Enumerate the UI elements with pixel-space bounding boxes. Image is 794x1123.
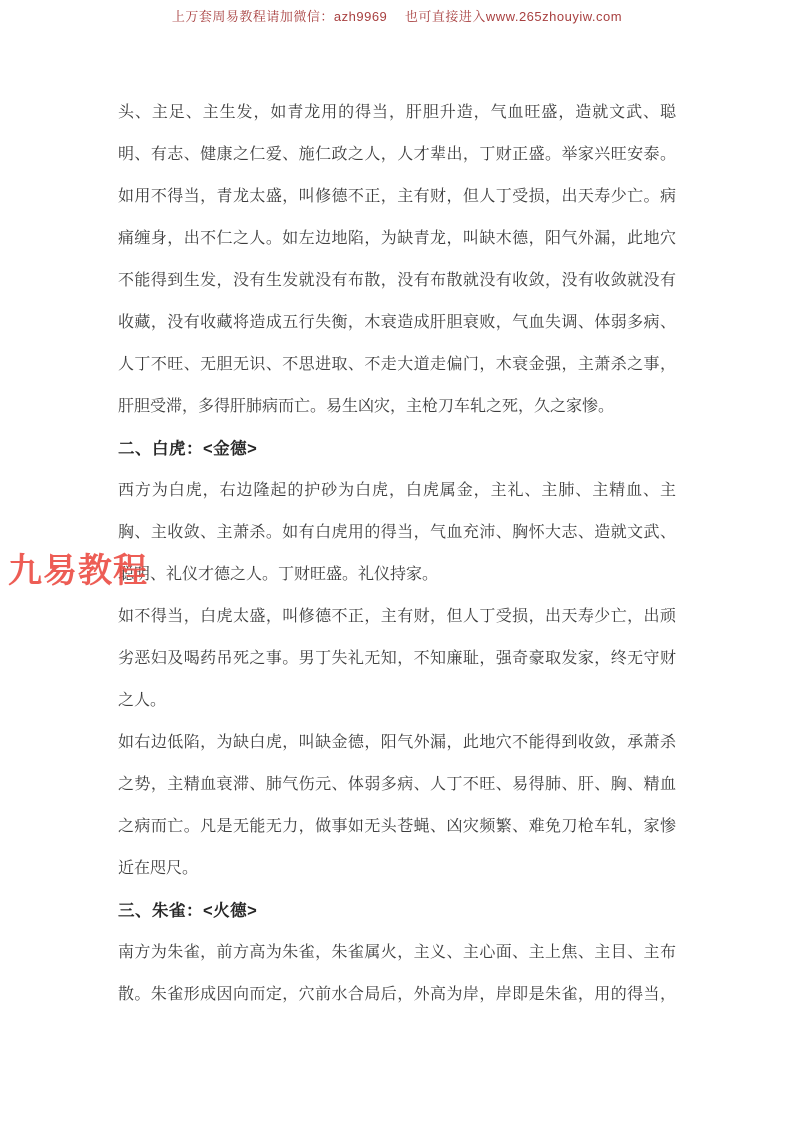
section-heading-zhuque: 三、朱雀：<火德> bbox=[118, 890, 676, 932]
promo-header-text: 上万套周易教程请加微信：azh9969 也可直接进入www.265zhouyiw… bbox=[0, 6, 794, 25]
text-line: 南方为朱雀，前方高为朱雀，朱雀属火，主义、主心面、主上焦、主目、主布 bbox=[118, 932, 676, 974]
text-line: 不能得到生发，没有生发就没有布散，没有布散就没有收敛，没有收敛就没有 bbox=[118, 260, 676, 302]
text-line: 如不得当，白虎太盛，叫修德不正，主有财，但人丁受损，出天寿少亡，出顽 bbox=[118, 596, 676, 638]
text-line: 头、主足、主生发，如青龙用的得当，肝胆升造，气血旺盛，造就文武、聪 bbox=[118, 92, 676, 134]
text-line: 人丁不旺、无胆无识、不思进取、不走大道走偏门，木衰金强，主萧杀之事， bbox=[118, 344, 676, 386]
text-line: 如用不得当，青龙太盛，叫修德不正，主有财，但人丁受损，出天寿少亡。病 bbox=[118, 176, 676, 218]
document-body: 头、主足、主生发，如青龙用的得当，肝胆升造，气血旺盛，造就文武、聪 明、有志、健… bbox=[118, 92, 676, 1016]
text-line: 如右边低陷，为缺白虎，叫缺金德，阳气外漏，此地穴不能得到收敛，承萧杀 bbox=[118, 722, 676, 764]
text-line: 收藏，没有收藏将造成五行失衡，木衰造成肝胆衰败，气血失调、体弱多病、 bbox=[118, 302, 676, 344]
text-line: 之人。 bbox=[118, 680, 676, 722]
section-heading-baihu: 二、白虎：<金德> bbox=[118, 428, 676, 470]
text-line: 之病而亡。凡是无能无力，做事如无头苍蝇、凶灾频繁、难免刀枪车轧，家惨 bbox=[118, 806, 676, 848]
watermark: 九易教程 bbox=[8, 543, 148, 592]
text-line: 肝胆受滞，多得肝肺病而亡。易生凶灾，主枪刀车轧之死，久之家惨。 bbox=[118, 386, 676, 428]
text-line: 聪明、礼仪才德之人。丁财旺盛。礼仪持家。 bbox=[118, 554, 676, 596]
text-line: 西方为白虎，右边隆起的护砂为白虎，白虎属金，主礼、主肺、主精血、主 bbox=[118, 470, 676, 512]
text-line: 之势，主精血衰滞、肺气伤元、体弱多病、人丁不旺、易得肺、肝、胸、精血 bbox=[118, 764, 676, 806]
text-line: 近在咫尺。 bbox=[118, 848, 676, 890]
text-line: 明、有志、健康之仁爱、施仁政之人，人才辈出，丁财正盛。举家兴旺安泰。 bbox=[118, 134, 676, 176]
text-line: 劣恶妇及喝药吊死之事。男丁失礼无知，不知廉耻，强奇豪取发家，终无守财 bbox=[118, 638, 676, 680]
text-line: 痛缠身，出不仁之人。如左边地陷，为缺青龙，叫缺木德，阳气外漏，此地穴 bbox=[118, 218, 676, 260]
text-line: 胸、主收敛、主萧杀。如有白虎用的得当，气血充沛、胸怀大志、造就文武、 bbox=[118, 512, 676, 554]
document-page: 上万套周易教程请加微信：azh9969 也可直接进入www.265zhouyiw… bbox=[0, 0, 794, 1123]
text-line: 散。朱雀形成因向而定，穴前水合局后，外高为岸，岸即是朱雀，用的得当， bbox=[118, 974, 676, 1016]
